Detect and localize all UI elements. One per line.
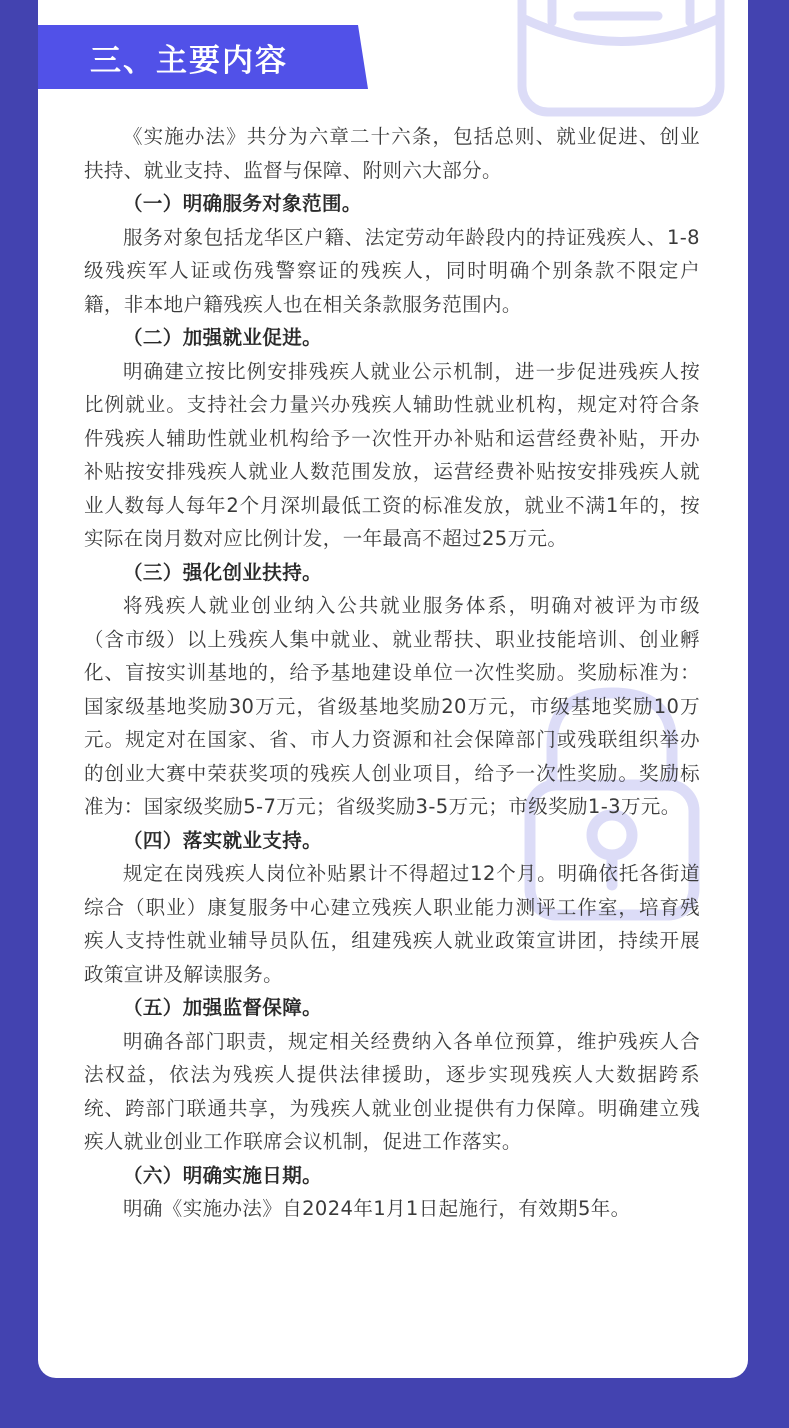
section-heading-3: （三）强化创业扶持。 — [84, 556, 700, 590]
section-body-5: 明确各部门职责，规定相关经费纳入各单位预算，维护残疾人合法权益，依法为残疾人提供… — [84, 1025, 700, 1159]
content-card: 三、主要内容 《实施办法》共分为六章二十六条，包括总则、就业促进、创业扶持、就业… — [38, 0, 748, 1378]
section-body-2: 明确建立按比例安排残疾人就业公示机制，进一步促进残疾人按比例就业。支持社会力量兴… — [84, 355, 700, 556]
section-banner: 三、主要内容 — [38, 25, 368, 89]
section-body-3: 将残疾人就业创业纳入公共就业服务体系，明确对被评为市级（含市级）以上残疾人集中就… — [84, 589, 700, 824]
section-heading-4: （四）落实就业支持。 — [84, 824, 700, 858]
section-heading-6: （六）明确实施日期。 — [84, 1159, 700, 1193]
article-body: 《实施办法》共分为六章二十六条，包括总则、就业促进、创业扶持、就业支持、监督与保… — [84, 120, 700, 1226]
section-body-6: 明确《实施办法》自2024年1月1日起施行，有效期5年。 — [84, 1192, 700, 1226]
section-heading-2: （二）加强就业促进。 — [84, 321, 700, 355]
section-body-1: 服务对象包括龙华区户籍、法定劳动年龄段内的持证残疾人、1-8级残疾军人证或伤残警… — [84, 221, 700, 322]
section-body-4: 规定在岗残疾人岗位补贴累计不得超过12个月。明确依托各街道综合（职业）康复服务中… — [84, 857, 700, 991]
intro-paragraph: 《实施办法》共分为六章二十六条，包括总则、就业促进、创业扶持、就业支持、监督与保… — [84, 120, 700, 187]
section-heading-1: （一）明确服务对象范围。 — [84, 187, 700, 221]
section-heading-5: （五）加强监督保障。 — [84, 991, 700, 1025]
section-title: 三、主要内容 — [90, 35, 288, 80]
envelope-icon — [516, 0, 726, 120]
